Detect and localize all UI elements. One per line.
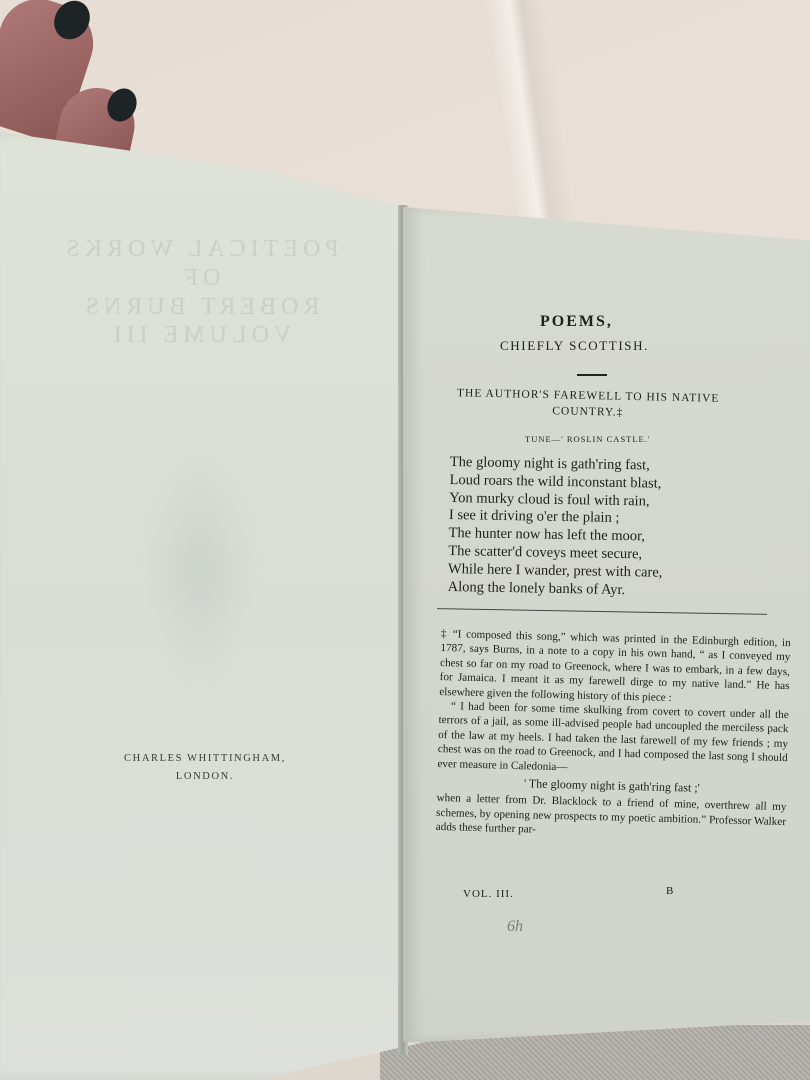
signature-letter: B <box>666 885 673 897</box>
show-through-line: POETICAL WORKS OF <box>40 235 360 293</box>
printer-city: LONDON. <box>90 768 320 786</box>
show-through-line: ROBERT BURNS <box>40 293 360 322</box>
footnote: ‡ “I composed this song,” which was prin… <box>436 627 791 844</box>
page-heading: POEMS, <box>540 313 613 331</box>
printer-imprint: CHARLES WHITTINGHAM, LONDON. <box>90 750 320 786</box>
show-through-line: VOLUME III <box>40 321 360 350</box>
show-through-title: POETICAL WORKS OF ROBERT BURNS VOLUME II… <box>40 235 360 350</box>
footnote-paragraph: when a letter from Dr. Blacklock to a fr… <box>436 791 787 843</box>
cloth-fold <box>485 0 576 220</box>
volume-signature: VOL. III. <box>463 888 514 900</box>
heading-rule <box>577 374 607 376</box>
right-page <box>403 207 810 1042</box>
printer-name: CHARLES WHITTINGHAM, <box>90 750 320 768</box>
poem-line: Along the lonely banks of Ayr. <box>448 579 663 601</box>
footnote-paragraph: ‡ “I composed this song,” which was prin… <box>439 627 791 708</box>
poem-stanza: The gloomy night is gath'ring fast, Loud… <box>448 454 665 600</box>
footnote-paragraph: “ I had been for some time skulking from… <box>437 699 789 780</box>
pencil-mark: 6h <box>507 918 523 936</box>
page-subheading: CHIEFLY SCOTTISH. <box>500 338 649 354</box>
poem-title: THE AUTHOR'S FAREWELL TO HIS NATIVE COUN… <box>438 385 739 423</box>
poem-tune: TUNE—' ROSLIN CASTLE.' <box>525 434 650 444</box>
show-through-emblem <box>140 440 260 690</box>
